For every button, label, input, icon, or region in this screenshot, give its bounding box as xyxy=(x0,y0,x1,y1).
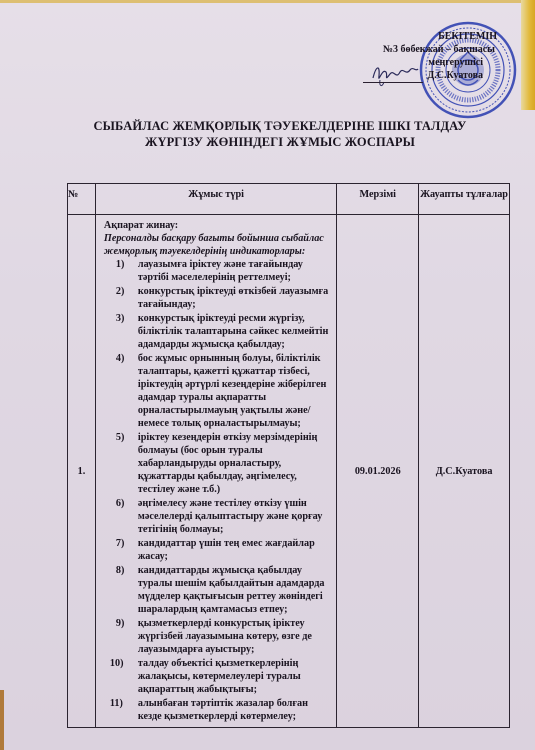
header-number: № xyxy=(68,184,96,215)
indicator-number: 7) xyxy=(116,537,125,550)
indicator-number: 6) xyxy=(116,497,125,510)
indicator-item: 4)бос жұмыс орнынның болуы, біліктілік т… xyxy=(104,352,330,430)
document-title: СЫБАЙЛАС ЖЕМҚОРЛЫҚ ТӘУЕКЕЛДЕРІНЕ ІШКІ ТА… xyxy=(60,118,500,150)
approval-heading: БЕКІТЕМІН xyxy=(365,30,525,43)
indicator-text: талдау объектісі қызметкерлерінің жалақы… xyxy=(138,658,301,695)
background-edge xyxy=(0,0,535,3)
signature-line xyxy=(363,82,423,83)
indicator-item: 6)әңгімелесу және тестілеу өткізу үшін м… xyxy=(104,497,330,536)
indicator-number: 4) xyxy=(116,352,125,365)
indicator-item: 10)талдау объектісі қызметкерлерінің жал… xyxy=(104,657,330,696)
row-number: 1. xyxy=(68,215,96,728)
indicator-text: іріктеу кезеңдерін өткізу мерзімдерінің … xyxy=(138,432,318,495)
indicator-text: конкурстық іріктеуді өткізбей лауазымға … xyxy=(138,286,328,310)
header-deadline: Мерзімі xyxy=(337,184,419,215)
indicator-item: 3)конкурстық іріктеуді ресми жүргізу, бі… xyxy=(104,312,330,351)
indicator-text: конкурстық іріктеуді ресми жүргізу, білі… xyxy=(138,313,328,350)
indicator-item: 2)конкурстық іріктеуді өткізбей лауазымғ… xyxy=(104,285,330,311)
indicator-item: 9)қызметкерлерді конкурстық іріктеу жүрг… xyxy=(104,617,330,656)
indicator-number: 9) xyxy=(116,617,125,630)
table-header-row: № Жұмыс түрі Мерзімі Жауапты тұлғалар xyxy=(68,184,510,215)
header-responsible: Жауапты тұлғалар xyxy=(419,184,510,215)
work-subheading: Персоналды басқару бағыты бойынша сыбайл… xyxy=(104,232,330,258)
approval-organization: №3 бөбекжай – бақшасы xyxy=(365,43,525,56)
indicator-number: 1) xyxy=(116,258,125,271)
indicator-number: 5) xyxy=(116,431,125,444)
work-type-cell: Ақпарат жинау: Персоналды басқару бағыты… xyxy=(95,215,336,728)
table-row: 1. Ақпарат жинау: Персоналды басқару бағ… xyxy=(68,215,510,728)
indicator-text: алынбаған тәртіптік жазалар болған кезде… xyxy=(138,698,308,722)
indicator-text: кандидаттар үшін тең емес жағдайлар жаса… xyxy=(138,538,315,562)
approval-name: Д.С.Куатова xyxy=(365,69,525,82)
indicator-text: лауазымға іріктеу және тағайындау тәртіб… xyxy=(138,259,303,283)
indicator-text: әңгімелесу және тестілеу өткізу үшін мәс… xyxy=(138,498,322,535)
document-page: БЕКІТЕМІН №3 бөбекжай – бақшасы меңгеруш… xyxy=(0,0,535,750)
indicator-list: 1)лауазымға іріктеу және тағайындау тәрт… xyxy=(104,258,330,723)
indicator-text: бос жұмыс орнынның болуы, біліктілік тал… xyxy=(138,353,327,429)
approval-position: меңгерушісі xyxy=(365,56,525,69)
indicator-item: 1)лауазымға іріктеу және тағайындау тәрт… xyxy=(104,258,330,284)
indicator-item: 11)алынбаған тәртіптік жазалар болған ке… xyxy=(104,697,330,723)
background-edge xyxy=(0,690,4,750)
title-line-2: ЖҮРГІЗУ ЖӨНІНДЕГІ ЖҰМЫС ЖОСПАРЫ xyxy=(60,134,500,150)
work-plan-table: № Жұмыс түрі Мерзімі Жауапты тұлғалар 1.… xyxy=(67,183,510,728)
indicator-number: 8) xyxy=(116,564,125,577)
indicator-number: 10) xyxy=(110,657,124,670)
header-work-type: Жұмыс түрі xyxy=(95,184,336,215)
indicator-number: 11) xyxy=(110,697,123,710)
deadline-cell: 09.01.2026 xyxy=(337,215,419,728)
indicator-item: 8)кандидаттарды жұмысқа қабылдау туралы … xyxy=(104,564,330,616)
indicator-item: 7)кандидаттар үшін тең емес жағдайлар жа… xyxy=(104,537,330,563)
indicator-item: 5)іріктеу кезеңдерін өткізу мерзімдеріні… xyxy=(104,431,330,496)
title-line-1: СЫБАЙЛАС ЖЕМҚОРЛЫҚ ТӘУЕКЕЛДЕРІНЕ ІШКІ ТА… xyxy=(60,118,500,134)
indicator-number: 3) xyxy=(116,312,125,325)
responsible-cell: Д.С.Куатова xyxy=(419,215,510,728)
indicator-text: қызметкерлерді конкурстық іріктеу жүргіз… xyxy=(138,618,312,655)
approval-block: БЕКІТЕМІН №3 бөбекжай – бақшасы меңгеруш… xyxy=(365,30,525,82)
work-heading: Ақпарат жинау: xyxy=(104,219,330,232)
indicator-text: кандидаттарды жұмысқа қабылдау туралы ше… xyxy=(138,565,325,615)
indicator-number: 2) xyxy=(116,285,125,298)
